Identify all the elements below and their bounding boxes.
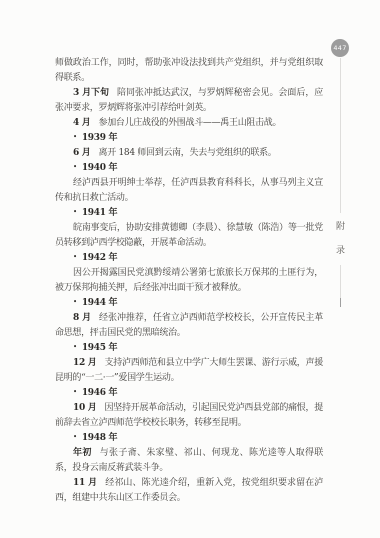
date-label: 8 月	[73, 313, 91, 323]
entry-text: 师做政治工作，同时，帮助张冲设法找到共产党组织，并与党组织取得联系。	[55, 58, 323, 83]
date-label: 年初	[73, 448, 92, 458]
entry-text: 因公开揭露国民党滇黔绥靖公署第七旅旅长万保邦的土匪行为，被万保邦拘捕关押，后经张…	[55, 268, 323, 293]
date-label: 6 月	[73, 148, 91, 158]
year-heading: •1946 年	[55, 386, 323, 401]
date-label: 11 月	[73, 478, 97, 488]
chronicle-paragraph: 3 月下旬陪同张冲抵达武汉，与罗炳辉秘密会见。会面后，应张冲要求，罗炳辉将张冲引…	[55, 86, 323, 116]
chronicle-paragraph: 4 月参加台儿庄战役的外围战斗——禹王山阻击战。	[55, 116, 323, 131]
chronicle-paragraph: 师做政治工作，同时，帮助张冲设法找到共产党组织，并与党组织取得联系。	[55, 56, 323, 86]
year-heading: •1945 年	[55, 341, 323, 356]
year-heading: •1939 年	[55, 131, 323, 146]
chronicle-paragraph: 6 月离开 184 师回到云南，失去与党组织的联系。	[55, 146, 323, 161]
bullet-icon: •	[73, 343, 77, 351]
year-label: 1940 年	[82, 163, 117, 173]
bullet-icon: •	[73, 388, 77, 396]
book-page: 447 附 录 师做政治工作，同时，帮助张冲设法找到共产党组织，并与党组织取得联…	[0, 0, 380, 538]
year-label: 1945 年	[82, 343, 117, 353]
chronicle-paragraph: 皖南事变后，协助安排黄德卿（李晨）、徐慧敏（陈浩）等一批党员转移到泸西学校隐蔽，…	[55, 221, 323, 251]
text-column: 师做政治工作，同时，帮助张冲设法找到共产党组织，并与党组织取得联系。3 月下旬陪…	[55, 56, 323, 506]
year-heading: •1940 年	[55, 161, 323, 176]
year-label: 1941 年	[82, 208, 117, 218]
entry-text: 与张子斋、朱家璧、祁山、何现龙、陈光逵等人取得联系，投身云南反蒋武装斗争。	[55, 448, 323, 473]
bullet-icon: •	[73, 298, 77, 306]
year-heading: •1944 年	[55, 296, 323, 311]
year-label: 1942 年	[82, 253, 117, 263]
entry-text: 参加台儿庄战役的外围战斗——禹王山阻击战。	[99, 118, 282, 128]
margin-label-appendix: 附 录	[332, 213, 349, 265]
entry-text: 经张冲推荐，任省立泸西师范学校校长，公开宣传民主革命思想，抨击国民党的黑暗统治。	[55, 313, 323, 338]
margin-label-char: 附	[332, 215, 349, 239]
page-number-badge: 447	[331, 39, 349, 57]
date-label: 12 月	[73, 358, 97, 368]
bullet-icon: •	[73, 253, 77, 261]
bullet-icon: •	[73, 433, 77, 441]
margin-label-char: 录	[332, 239, 349, 263]
year-heading: •1942 年	[55, 251, 323, 266]
chronicle-paragraph: 经泸西县开明绅士举荐，任泸西县教育科科长，从事马列主义宣传和抗日救亡活动。	[55, 176, 323, 206]
year-label: 1944 年	[82, 298, 117, 308]
year-heading: •1941 年	[55, 206, 323, 221]
entry-text: 经泸西县开明绅士举荐，任泸西县教育科科长，从事马列主义宣传和抗日救亡活动。	[55, 178, 323, 203]
chronicle-paragraph: 11 月经祁山、陈光逵介绍，重新入党，按党组织要求留在泸西，组建中共东山区工作委…	[55, 476, 323, 506]
entry-text: 离开 184 师回到云南，失去与党组织的联系。	[99, 148, 277, 158]
year-label: 1939 年	[82, 133, 117, 143]
chronicle-paragraph: 因公开揭露国民党滇黔绥靖公署第七旅旅长万保邦的土匪行为，被万保邦拘捕关押，后经张…	[55, 266, 323, 296]
bullet-icon: •	[73, 208, 77, 216]
bullet-icon: •	[73, 133, 77, 141]
bullet-icon: •	[73, 163, 77, 171]
date-label: 4 月	[73, 118, 91, 128]
chronicle-paragraph: 12 月支持泸西师范和县立中学广大师生罢课、游行示威，声援昆明的“一二·一”爱国…	[55, 356, 323, 386]
year-heading: •1948 年	[55, 431, 323, 446]
date-label: 3 月下旬	[73, 88, 109, 98]
entry-text: 皖南事变后，协助安排黄德卿（李晨）、徐慧敏（陈浩）等一批党员转移到泸西学校隐蔽，…	[55, 223, 323, 248]
chronicle-paragraph: 10 月因坚持开展革命活动，引起国民党泸西县党部的痛恨，提前辞去省立泸西师范学校…	[55, 401, 323, 431]
date-label: 10 月	[73, 403, 97, 413]
margin-rule-tip	[340, 298, 341, 307]
year-label: 1948 年	[82, 433, 117, 443]
chronicle-paragraph: 8 月经张冲推荐，任省立泸西师范学校校长，公开宣传民主革命思想，抨击国民党的黑暗…	[55, 311, 323, 341]
chronicle-paragraph: 年初与张子斋、朱家璧、祁山、何现龙、陈光逵等人取得联系，投身云南反蒋武装斗争。	[55, 446, 323, 476]
year-label: 1946 年	[82, 388, 117, 398]
